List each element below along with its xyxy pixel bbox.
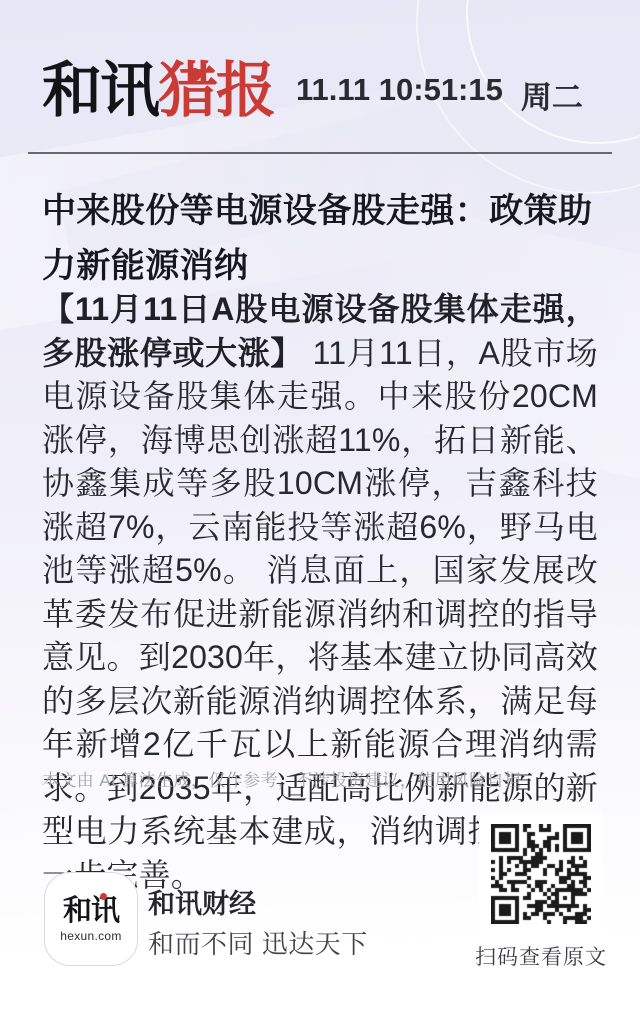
article-body: 【11月11日A股电源设备股集体走强，多股涨停或大涨】 11月11日，A股市场电… — [42, 288, 598, 897]
brand-name: 和讯财经 — [148, 882, 256, 921]
header-divider — [28, 152, 612, 154]
logo-text-red: 猎报 — [158, 57, 274, 124]
qr-code — [491, 824, 591, 924]
badge-logo-text: 和讯 — [63, 896, 119, 926]
timestamp-weekday: 周二 — [521, 72, 583, 117]
qr-caption: 扫码查看原文 — [459, 941, 623, 971]
ai-disclaimer: 本文由 AI 算法生成，仅作参考，不涉投资建议，使用风险自担 — [42, 766, 522, 791]
article-title: 中来股份等电源设备股走强：政策助力新能源消纳 — [42, 184, 600, 294]
article-body-rest: 11月11日，A股市场电源设备股集体走强。中来股份20CM涨停，海博思创涨超11… — [42, 335, 598, 893]
badge-logo-glyphs: 和讯 — [63, 895, 119, 927]
logo-red-dot-icon — [188, 68, 201, 81]
badge-domain: hexun.com — [60, 929, 121, 943]
timestamp: 11.11 10:51:15 周二 — [296, 72, 583, 122]
brand-slogan: 和而不同 迅达天下 — [148, 924, 368, 961]
logo-text-black: 和讯 — [42, 57, 158, 124]
hexun-liebao-logo: 和讯猎报 — [42, 60, 274, 122]
badge-red-dot-icon — [100, 893, 107, 900]
news-card: 和讯猎报 11.11 10:51:15 周二 中来股份等电源设备股走强：政策助力… — [0, 0, 640, 1027]
header: 和讯猎报 11.11 10:51:15 周二 — [42, 60, 583, 122]
hexun-app-logo: 和讯 hexun.com — [44, 872, 138, 966]
qr-code-box — [479, 812, 603, 936]
timestamp-datetime: 11.11 10:51:15 — [296, 72, 503, 117]
